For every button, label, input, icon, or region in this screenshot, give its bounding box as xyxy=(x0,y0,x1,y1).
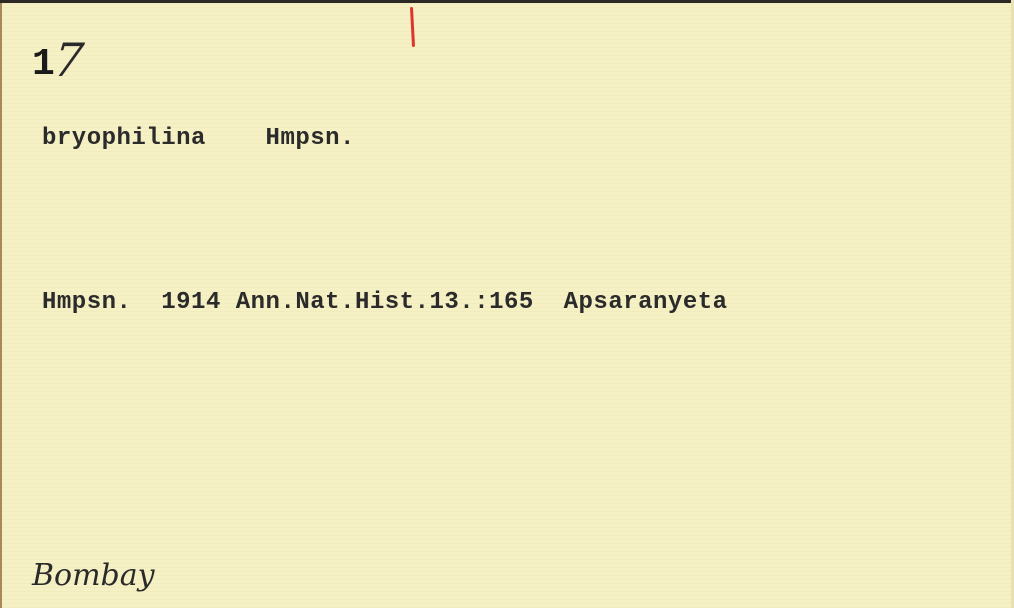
citation-line: Hmpsn. 1914 Ann.Nat.Hist.13.:165 Apsaran… xyxy=(42,289,728,316)
species-author: Hmpsn. xyxy=(266,125,355,152)
index-card: 1 7 bryophilina Hmpsn. Hmpsn. 1914 Ann.N… xyxy=(0,3,1014,608)
card-number-handwritten: 7 xyxy=(51,33,86,87)
species-name: bryophilina xyxy=(42,125,206,152)
citation-genus: Apsaranyeta xyxy=(564,289,728,316)
red-tab-mark xyxy=(410,7,415,47)
locality-handwritten: Bombay xyxy=(32,558,155,593)
species-line: bryophilina Hmpsn. xyxy=(42,125,355,152)
citation-year: 1914 xyxy=(161,289,221,316)
citation-author: Hmpsn. xyxy=(42,289,131,316)
citation-journal: Ann.Nat.Hist.13.:165 xyxy=(236,289,534,316)
